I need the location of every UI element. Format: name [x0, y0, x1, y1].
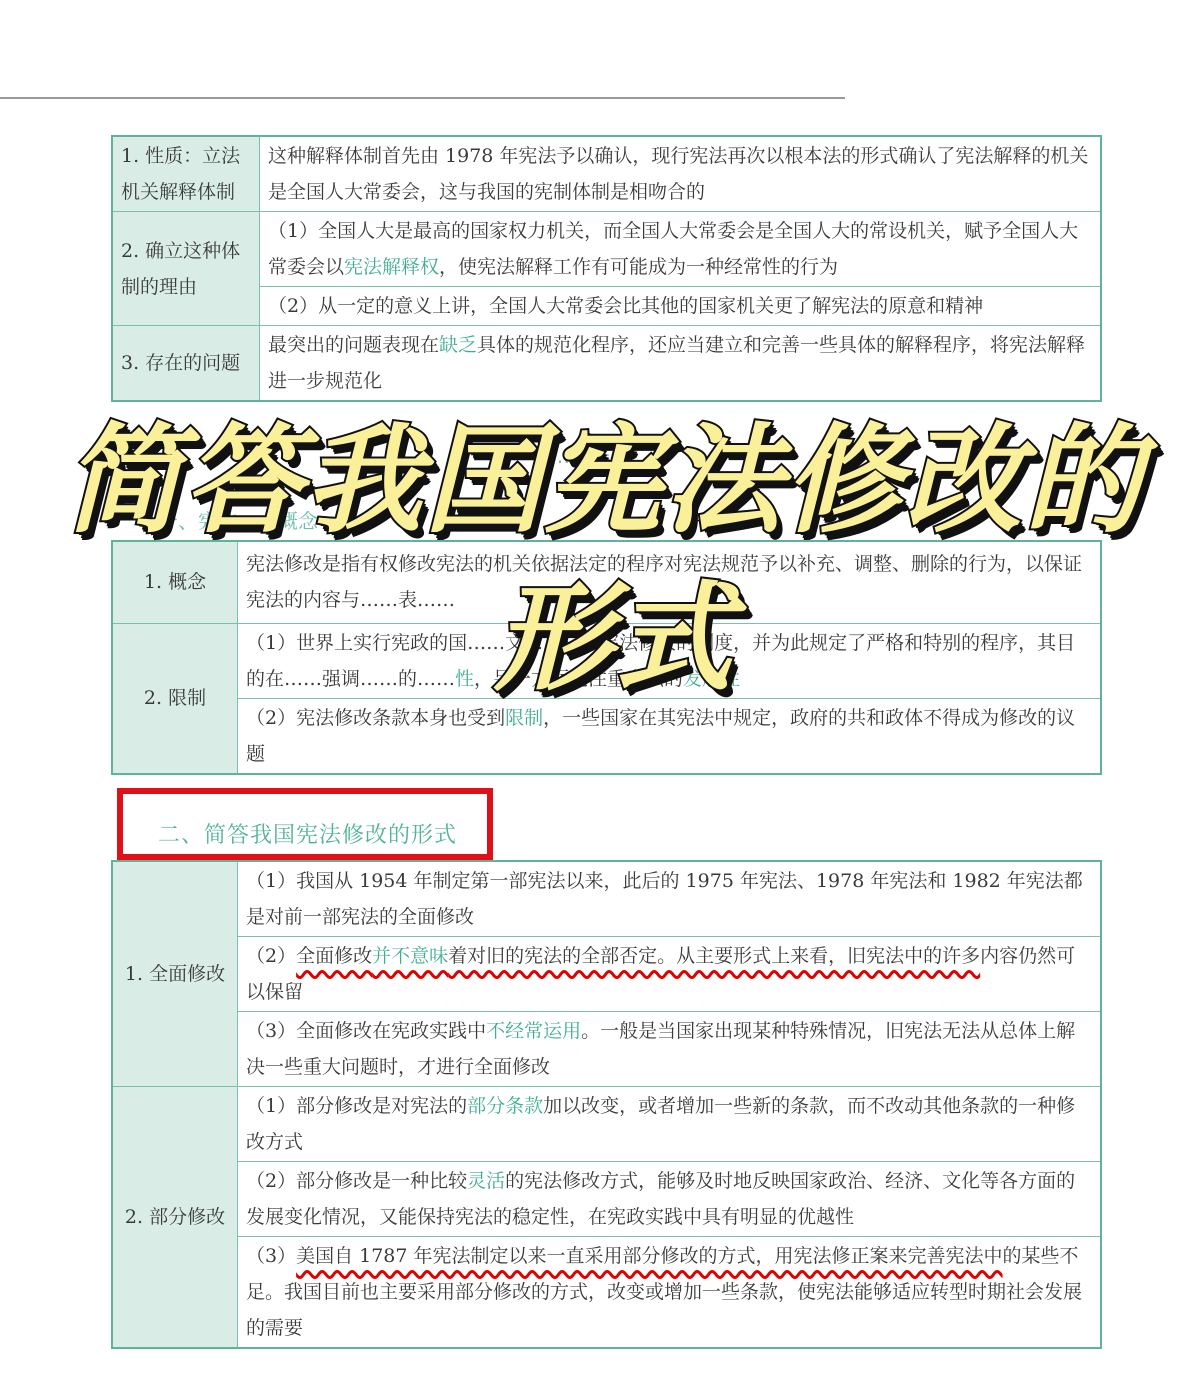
keyword-highlight: 并不意味	[372, 945, 448, 967]
row-content: （3）全面修改在宪政实践中不经常运用。一般是当国家出现某种特殊情况，旧宪法无法从…	[238, 1012, 1102, 1087]
table-row: （2）宪法修改条款本身也受到限制，一些国家在其宪法中规定，政府的共和政体不得成为…	[112, 698, 1101, 774]
row-label: 2. 限制	[112, 623, 238, 774]
keyword-highlight: 宪法解释权	[344, 256, 439, 278]
text: 全面修改	[296, 945, 372, 967]
text: 着对旧的宪法的全部否定。从主要形式上来看，旧宪法中的许多	[448, 945, 980, 967]
row-content: 这种解释体制首先由 1978 年宪法予以确认，现行宪法再次以根本法的形式确认了宪…	[260, 136, 1102, 212]
table-row: 2. 限制 （1）世界上实行宪政的国……文……立了宪法修改的制度，并为此规定了严…	[112, 623, 1101, 698]
amendment-concept-table: 1. 概念 宪法修改是指有权修改宪法的机关依据法定的程序对宪法规范予以补充、调整…	[111, 540, 1102, 775]
text: 最突出的问题表现在	[268, 334, 439, 356]
row-content: 最突出的问题表现在缺乏具体的规范化程序，还应当建立和完善一些具体的解释程序，将宪…	[260, 326, 1102, 402]
text: （1）部分修改是对宪法的	[246, 1095, 467, 1117]
top-divider	[0, 97, 845, 99]
hidden-section-title: 节……修	[530, 440, 610, 469]
keyword-highlight: 性	[455, 668, 474, 690]
row-content: （2）从一定的意义上讲，全国人大常委会比其他的国家机关更了解宪法的原意和精神	[260, 287, 1102, 326]
text: ，使宪法解释工作有可能成为一种经常性的行为	[439, 256, 838, 278]
table-row: （3）全面修改在宪政实践中不经常运用。一般是当国家出现某种特殊情况，旧宪法无法从…	[112, 1012, 1101, 1087]
row-content: （2）全面修改并不意味着对旧的宪法的全部否定。从主要形式上来看，旧宪法中的许多内…	[238, 937, 1102, 1012]
text: （2）部分修改是一种比较	[246, 1170, 467, 1192]
table-row: 1. 概念 宪法修改是指有权修改宪法的机关依据法定的程序对宪法规范予以补充、调整…	[112, 541, 1101, 623]
table-row: （2）从一定的意义上讲，全国人大常委会比其他的国家机关更了解宪法的原意和精神	[112, 287, 1101, 326]
text: （3）全面修改在宪政实践中	[246, 1020, 486, 1042]
keyword-highlight: 缺乏	[439, 334, 477, 356]
row-label: 1. 性质：立法机关解释体制	[112, 136, 260, 212]
table-row: （2）部分修改是一种比较灵活的宪法修改方式，能够及时地反映国家政治、经济、文化等…	[112, 1162, 1101, 1237]
section-heading: 二、简答我国宪法修改的形式	[158, 818, 457, 849]
keyword-highlight: 部分条款	[467, 1095, 543, 1117]
row-content: （1）部分修改是对宪法的部分条款加以改变，或者增加一些新的条款，而不改动其他条款…	[238, 1087, 1102, 1162]
interpretation-table: 1. 性质：立法机关解释体制 这种解释体制首先由 1978 年宪法予以确认，现行…	[111, 135, 1102, 402]
row-label: 1. 全面修改	[112, 861, 238, 1087]
row-content: （2）宪法修改条款本身也受到限制，一些国家在其宪法中规定，政府的共和政体不得成为…	[238, 698, 1102, 774]
wavy-underlined-text: 全面修改并不意味着对旧的宪法的全部否定。从主要形式上来看，旧宪法中的许多	[296, 945, 980, 967]
text: （2）宪法修改条款本身也受到	[246, 707, 505, 729]
row-content: （1）世界上实行宪政的国……文……立了宪法修改的制度，并为此规定了严格和特别的程…	[238, 623, 1102, 698]
row-content: （1）我国从 1954 年制定第一部宪法以来，此后的 1975 年宪法、1978…	[238, 861, 1102, 937]
row-label: 2. 确立这种体制的理由	[112, 212, 260, 326]
table-row: 1. 性质：立法机关解释体制 这种解释体制首先由 1978 年宪法予以确认，现行…	[112, 136, 1101, 212]
row-label: 2. 部分修改	[112, 1087, 238, 1349]
text: （2）	[246, 945, 296, 967]
keyword-highlight: 不经常运用	[486, 1020, 581, 1042]
table-row: 1. 全面修改 （1）我国从 1954 年制定第一部宪法以来，此后的 1975 …	[112, 861, 1101, 937]
row-content: （3）美国自 1787 年宪法制定以来一直采用部分修改的方式，用宪法修正案来完善…	[238, 1237, 1102, 1349]
row-content: （2）部分修改是一种比较灵活的宪法修改方式，能够及时地反映国家政治、经济、文化等…	[238, 1162, 1102, 1237]
keyword-highlight: 限制	[505, 707, 543, 729]
table-row: 3. 存在的问题 最突出的问题表现在缺乏具体的规范化程序，还应当建立和完善一些具…	[112, 326, 1101, 402]
table-row: （2）全面修改并不意味着对旧的宪法的全部否定。从主要形式上来看，旧宪法中的许多内…	[112, 937, 1101, 1012]
table-row: （3）美国自 1787 年宪法制定以来一直采用部分修改的方式，用宪法修正案来完善…	[112, 1237, 1101, 1349]
text: （3）	[246, 1245, 296, 1267]
table-row: 2. 确立这种体制的理由 （1）全国人大是最高的国家权力机关，而全国人大常委会是…	[112, 212, 1101, 287]
keyword-highlight: 发展性	[683, 668, 740, 690]
amendment-forms-table: 1. 全面修改 （1）我国从 1954 年制定第一部宪法以来，此后的 1975 …	[111, 860, 1102, 1349]
row-label: 3. 存在的问题	[112, 326, 260, 402]
text: ，另一方面也注重宪法的	[474, 668, 683, 690]
row-label: 1. 概念	[112, 541, 238, 623]
table-row: 2. 部分修改 （1）部分修改是对宪法的部分条款加以改变，或者增加一些新的条款，…	[112, 1087, 1101, 1162]
keyword-highlight: 灵活	[467, 1170, 505, 1192]
row-content: （1）全国人大是最高的国家权力机关，而全国人大常委会是全国人大的常设机关，赋予全…	[260, 212, 1102, 287]
hidden-section-heading: 一、宪法……概念	[158, 505, 318, 534]
wavy-underlined-text: 美国自 1787 年宪法制定以来一直采用部分修改的方式，用宪法修正案来完善宪法中	[296, 1245, 1002, 1267]
row-content: 宪法修改是指有权修改宪法的机关依据法定的程序对宪法规范予以补充、调整、删除的行为…	[238, 541, 1102, 623]
